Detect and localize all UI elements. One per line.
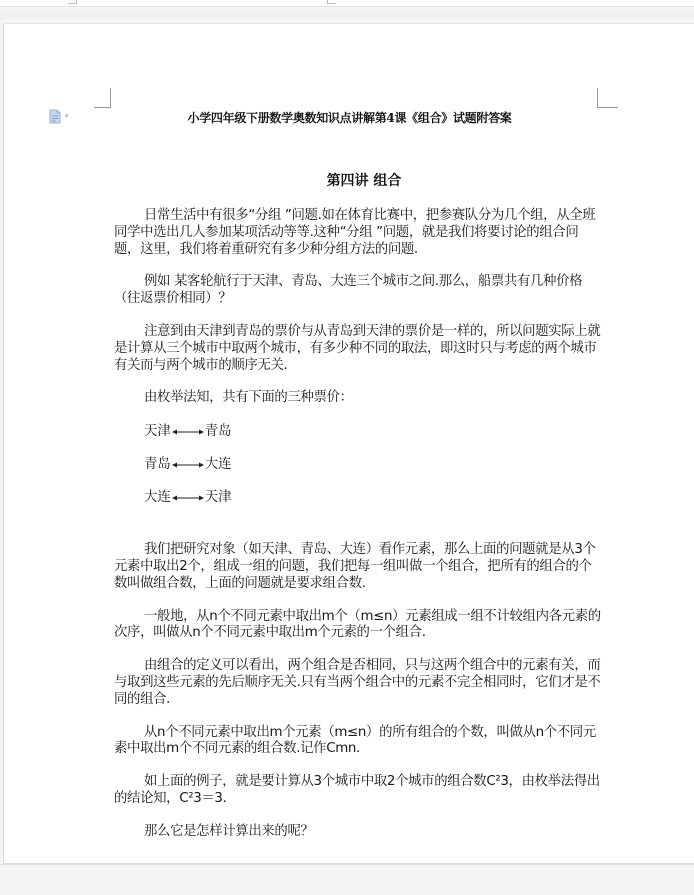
lesson-title: 第四讲 组合 bbox=[114, 172, 604, 190]
city-from: 天津 bbox=[144, 423, 171, 440]
paragraph: 一般地，从n个不同元素中取出m个（m≤n）元素组成一组不计较组内各元素的次序，叫… bbox=[114, 609, 604, 643]
paragraph: 例如 某客轮航行于天津、青岛、大连三个城市之间.那么，船票共有几种价格（往返票价… bbox=[114, 274, 604, 308]
double-arrow-icon bbox=[172, 428, 204, 436]
city-to: 天津 bbox=[205, 489, 232, 506]
paragraph: 注意到由天津到青岛的票价与从青岛到天津的票价是一样的，所以问题实际上就是计算从三… bbox=[114, 324, 604, 374]
page-separator bbox=[0, 7, 694, 22]
document-header-title: 小学四年级下册数学奥数知识点讲解第4课《组合》试题附答案 bbox=[4, 109, 694, 126]
paragraph: 我们把研究对象（如天津、青岛、大连）看作元素，那么上面的问题就是从3个元素中取出… bbox=[114, 542, 604, 592]
margin-mark bbox=[327, 0, 336, 4]
previous-page-bottom bbox=[0, 0, 694, 7]
city-to: 大连 bbox=[205, 456, 232, 473]
city-from: 青岛 bbox=[144, 456, 171, 473]
price-pair: 大连 天津 bbox=[114, 489, 604, 506]
document-page[interactable]: ▾ 小学四年级下册数学奥数知识点讲解第4课《组合》试题附答案 第四讲 组合 日常… bbox=[3, 23, 694, 864]
document-body: 第四讲 组合 日常生活中有很多“分组 ”问题.如在体育比赛中，把参赛队分为几个组… bbox=[114, 172, 604, 857]
margin-mark bbox=[68, 0, 77, 4]
paragraph: 日常生活中有很多“分组 ”问题.如在体育比赛中，把参赛队分为几个组，从全班同学中… bbox=[114, 208, 604, 258]
price-pair: 青岛 大连 bbox=[114, 456, 604, 473]
blank-line bbox=[114, 522, 604, 542]
top-left-margin-mark bbox=[94, 88, 111, 108]
price-pair: 天津 青岛 bbox=[114, 423, 604, 440]
city-to: 青岛 bbox=[205, 423, 232, 440]
top-right-margin-mark bbox=[597, 88, 618, 108]
double-arrow-icon bbox=[172, 494, 204, 502]
city-from: 大连 bbox=[144, 489, 171, 506]
paragraph: 由枚举法知，共有下面的三种票价： bbox=[114, 390, 604, 407]
paragraph: 从n个不同元素中取出m个元素（m≤n）的所有组合的个数，叫做从n个不同元素中取出… bbox=[114, 725, 604, 759]
paragraph: 由组合的定义可以看出，两个组合是否相同，只与这两个组合中的元素有关，而与取到这些… bbox=[114, 658, 604, 708]
paragraph: 如上面的例子，就是要计算从3个城市中取2个城市的组合数C²3，由枚举法得出的结论… bbox=[114, 774, 604, 808]
page-separator-bottom bbox=[0, 864, 694, 895]
paragraph: 那么它是怎样计算出来的呢？ bbox=[114, 824, 604, 841]
double-arrow-icon bbox=[172, 461, 204, 469]
